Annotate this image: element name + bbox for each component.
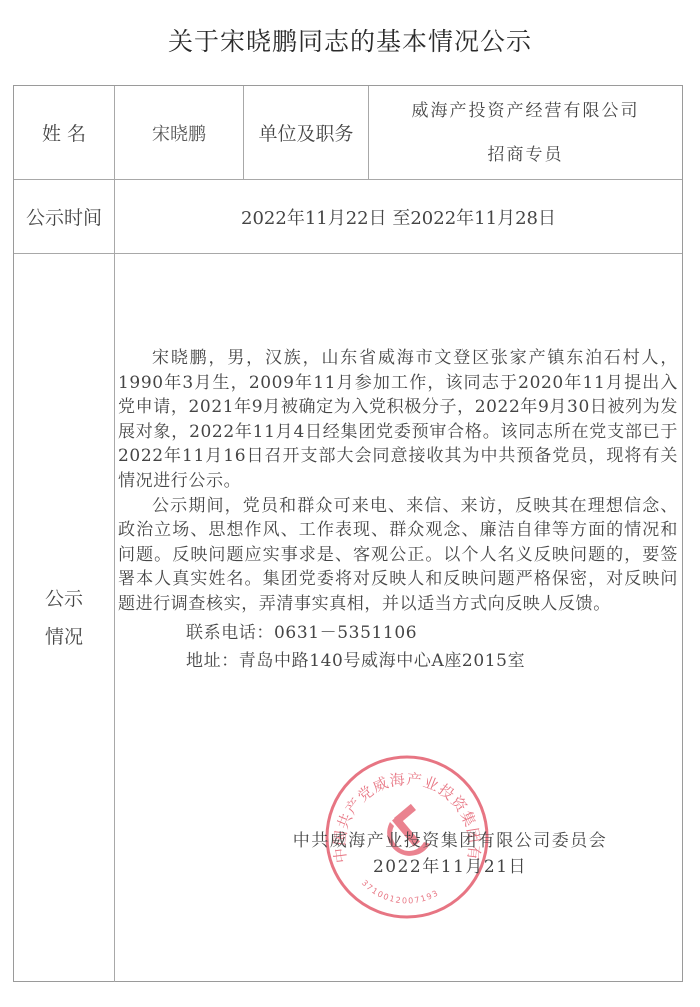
contact-address: 地址：青岛中路140号威海中心A座2015室	[118, 649, 678, 674]
situation-content: 宋晓鹏，男，汉族，山东省威海市文登区张家产镇东泊石村人，1990年3月生，200…	[118, 346, 678, 674]
row-divider-2	[14, 253, 682, 254]
seal-code-text: 3710012007193	[360, 878, 441, 905]
feedback-instructions-paragraph: 公示期间，党员和群众可来电、来信、来访，反映其在理想信念、政治立场、思想作风、工…	[118, 494, 678, 617]
candidate-info-paragraph: 宋晓鹏，男，汉族，山东省威海市文登区张家产镇东泊石村人，1990年3月生，200…	[118, 346, 678, 494]
period-value: 2022年11月22日 至2022年11月28日	[115, 180, 682, 253]
signature-block: 中共威海产业投资集团有限公司委员会 2022年11月21日	[230, 828, 670, 880]
situation-label-line2: 情况	[45, 618, 83, 656]
period-label: 公示时间	[14, 180, 114, 253]
unit-label: 单位及职务	[244, 86, 368, 179]
document-title: 关于宋晓鹏同志的基本情况公示	[0, 22, 700, 58]
contact-phone: 联系电话：0631－5351106	[118, 621, 678, 646]
situation-label-line1: 公示	[45, 580, 83, 618]
unit-company: 威海产投资产经营有限公司	[412, 89, 640, 133]
signature-date: 2022年11月21日	[230, 854, 670, 880]
situation-label: 公示 情况	[14, 254, 114, 982]
unit-value: 威海产投资产经营有限公司 招商专员	[369, 86, 682, 179]
unit-position: 招商专员	[488, 133, 564, 177]
svg-text:3710012007193: 3710012007193	[360, 878, 441, 905]
name-label: 姓 名	[14, 86, 114, 179]
name-value: 宋晓鹏	[115, 86, 243, 179]
signature-organization: 中共威海产业投资集团有限公司委员会	[230, 828, 670, 854]
